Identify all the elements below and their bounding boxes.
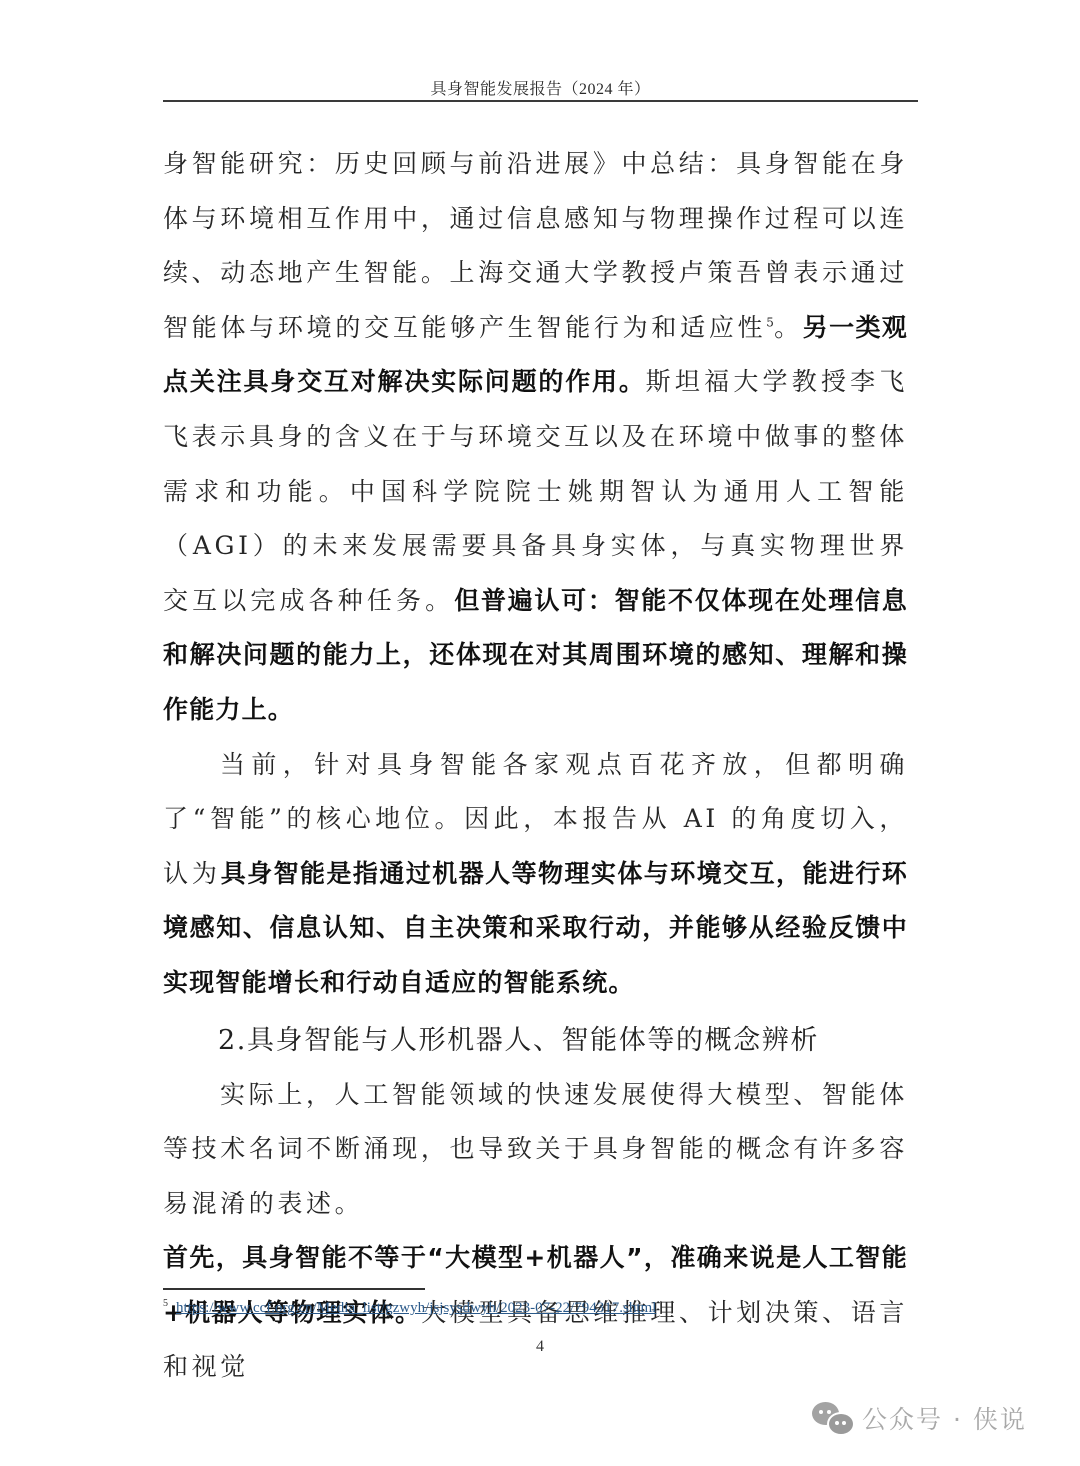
header-divider (163, 100, 918, 102)
watermark: 公众号 · 侠说 (812, 1400, 1027, 1436)
paragraph-text: 斯坦福大学教授李飞飞表示具身的含义在于与环境交互以及在环境中做事的整体需求和功能… (163, 367, 908, 614)
watermark-text: 公众号 · 侠说 (862, 1400, 1027, 1436)
bold-emphasis: 具身智能是指通过机器人等物理实体与环境交互，能进行环境感知、信息认知、自主决策和… (163, 859, 908, 997)
footnote-mark: 5 (163, 1298, 168, 1309)
paragraph-concepts: 实际上，人工智能领域的快速发展使得大模型、智能体等技术名词不断涌现，也导致关于具… (163, 1068, 908, 1232)
section-heading: 2.具身智能与人形机器人、智能体等的概念辨析 (163, 1014, 908, 1068)
paragraph-definitions: 身智能研究：历史回顾与前沿进展》中总结：具身智能在身体与环境相互作用中，通过信息… (163, 137, 908, 738)
footnote-link[interactable]: https://www.ccf.org.cn/Media_list/gzwyh/… (176, 1300, 656, 1316)
body-text: 身智能研究：历史回顾与前沿进展》中总结：具身智能在身体与环境相互作用中，通过信息… (163, 137, 908, 1395)
footnote-ref[interactable]: 5 (766, 315, 774, 329)
page-number: 4 (0, 1338, 1080, 1356)
paragraph-text: 实际上，人工智能领域的快速发展使得大模型、智能体等技术名词不断涌现，也导致关于具… (163, 1080, 908, 1218)
wechat-icon (812, 1400, 854, 1436)
paragraph-text: 。 (774, 313, 803, 342)
footnote: 5https://www.ccf.org.cn/Media_list/gzwyh… (163, 1298, 656, 1317)
footnote-divider (163, 1288, 425, 1290)
page-header-title: 具身智能发展报告（2024 年） (163, 76, 918, 99)
paragraph-report-definition: 当前，针对具身智能各家观点百花齐放，但都明确了“智能”的核心地位。因此，本报告从… (163, 738, 908, 1011)
